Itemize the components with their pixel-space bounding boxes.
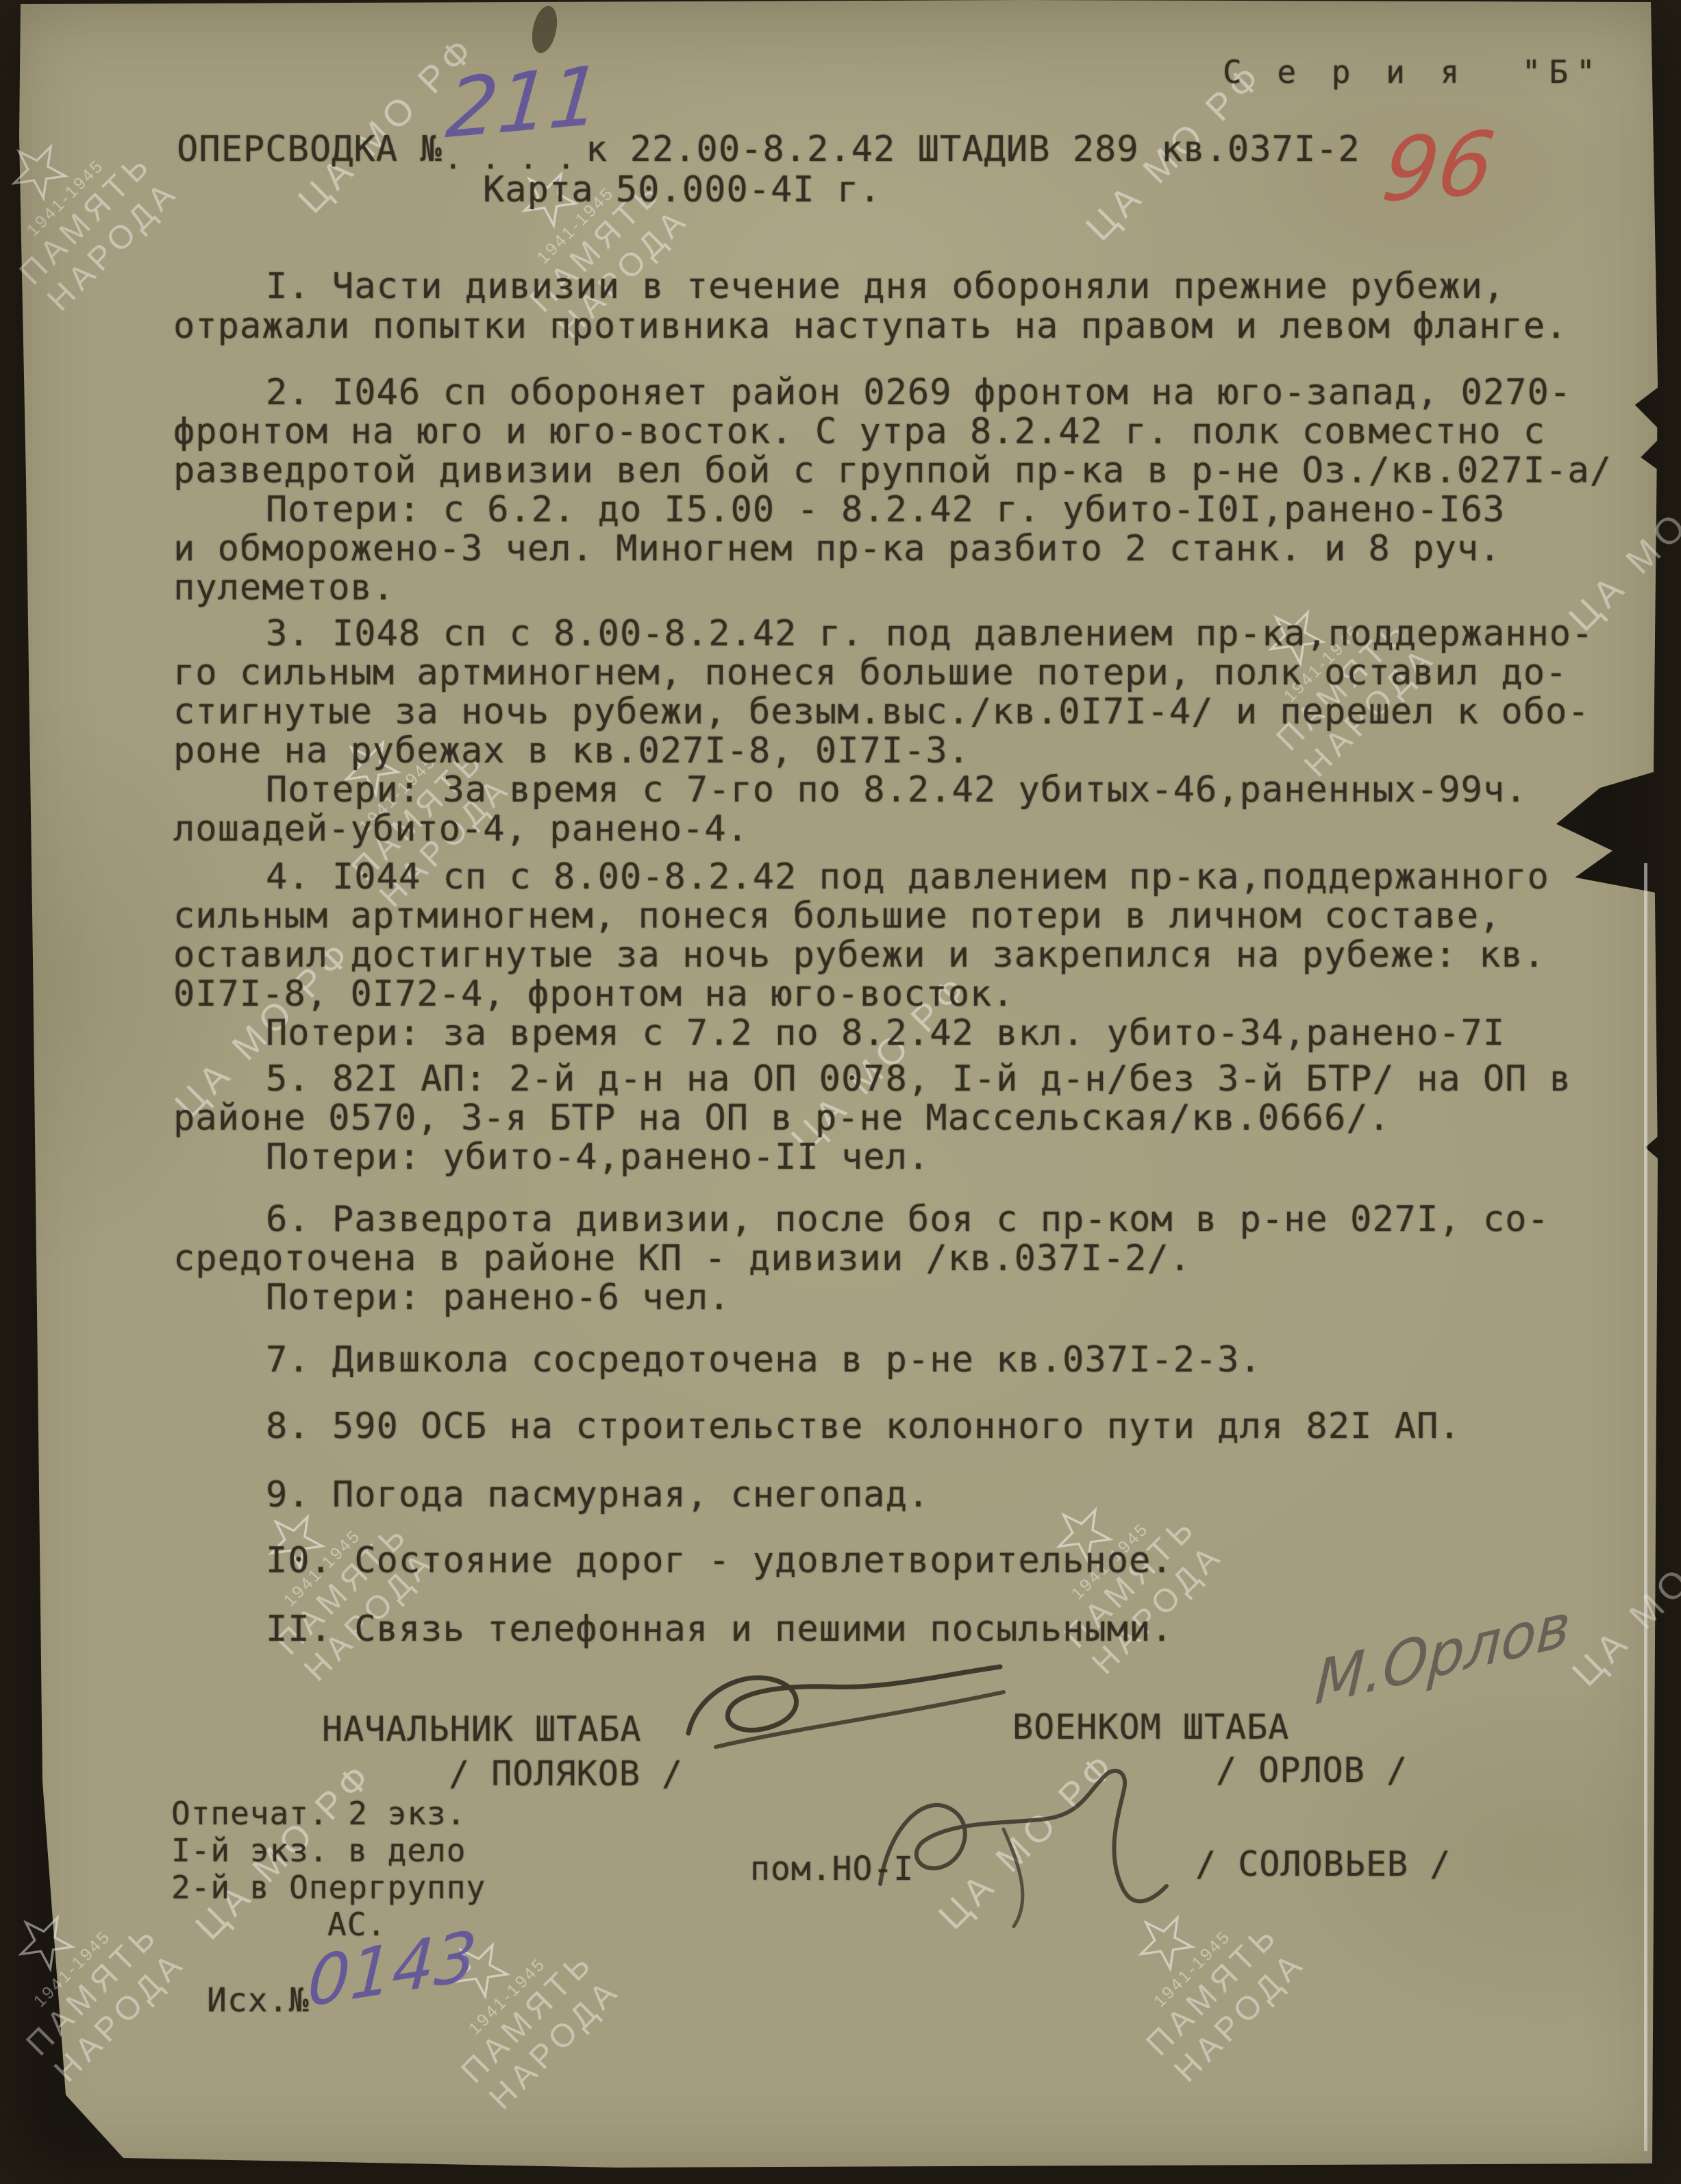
assistant-name: / СОЛОВЬЕВ /: [1195, 1844, 1451, 1884]
para-line: II. Связь телефонная и пешими посыльными…: [266, 1609, 1173, 1650]
scan-edge-highlight: [1644, 863, 1647, 2151]
copies-line: I-й экз. в дело: [171, 1832, 466, 1869]
assistant-ink-signature: [860, 1747, 1188, 1932]
para-line: 8. 590 ОСБ на строительстве колонного пу…: [266, 1406, 1461, 1447]
para-line: стигнутые за ночь рубежи, безым.выс./кв.…: [173, 691, 1590, 732]
para-line: лошадей-убито-4, ранено-4.: [173, 808, 749, 849]
para-line: го сильным артминогнем, понеся большие п…: [173, 652, 1567, 693]
para-line: пулеметов.: [173, 567, 395, 608]
para-line: Потери: ранено-6 чел.: [266, 1277, 730, 1318]
commissar-title: ВОЕНКОМ ШТАБА: [1012, 1707, 1289, 1747]
para-line: Потери: убито-4,ранено-II чел.: [266, 1137, 930, 1178]
para-line: оставил достигнутые за ночь рубежи и зак…: [173, 934, 1545, 976]
copies-line: 2-й в Опергруппу: [171, 1869, 486, 1906]
para-line: роне на рубежах в кв.027I-8, 0I7I-3.: [173, 730, 970, 771]
page-number-red: 96: [1377, 112, 1501, 221]
para-line: 9. Погода пасмурная, снегопад.: [266, 1474, 930, 1515]
copies-line: Отпечат. 2 экз.: [171, 1795, 466, 1832]
para-line: Потери: за время с 7.2 по 8.2.42 вкл. уб…: [266, 1013, 1505, 1054]
doc-number-handwritten: 211: [443, 47, 605, 156]
para-line: 5. 82I АП: 2-й д-н на ОП 0078, I-й д-н/б…: [266, 1058, 1571, 1100]
doc-title-prefix: ОПЕРСВОДКА №: [177, 129, 443, 170]
para-line: средоточена в районе КП - дивизии /кв.03…: [173, 1238, 1191, 1279]
para-line: 7. Дившкола сосредоточена в р-не кв.037I…: [266, 1339, 1262, 1380]
chief-of-staff-title: НАЧАЛЬНИК ШТАБА: [322, 1709, 642, 1749]
chief-of-staff-ink-signature: [675, 1644, 1017, 1761]
para-line: разведротой дивизии вел бой с группой пр…: [173, 450, 1612, 491]
chief-of-staff-name: / ПОЛЯКОВ /: [449, 1754, 683, 1794]
para-line: и обморожено-3 чел. Миногнем пр-ка разби…: [173, 528, 1501, 569]
para-line: фронтом на юго и юго-восток. С утра 8.2.…: [173, 411, 1545, 452]
para-line: 0I7I-8, 0I72-4, фронтом на юго-восток.: [173, 973, 1014, 1015]
assistant-label: пом.НО-I: [750, 1850, 914, 1888]
para-line: сильным артминогнем, понеся большие поте…: [173, 895, 1501, 936]
doc-title-suffix: к 22.00-8.2.42 ШТАДИВ 289 кв.037I-2: [586, 129, 1360, 170]
series-mark: С е р и я "Б": [1223, 53, 1604, 90]
para-line: 4. I044 сп с 8.00-8.2.42 под давлением п…: [266, 856, 1549, 897]
map-line: Карта 50.000-4I г.: [483, 169, 882, 210]
para-line: Потери: За время с 7-го по 8.2.42 убитых…: [266, 769, 1527, 810]
para-line: 3. I048 сп с 8.00-8.2.42 г. под давление…: [266, 613, 1593, 654]
para-line: I0. Состояние дорог - удовлетворительное…: [266, 1540, 1173, 1581]
scanned-document-page: ЦА МО РФ ЦА МО РФ ЦА МО РФ ЦА МО РФ ЦА М…: [0, 0, 1681, 2184]
outgoing-number-label: Исх.№: [207, 1981, 310, 2020]
para-line: Потери: с 6.2. до I5.00 - 8.2.42 г. убит…: [266, 489, 1505, 530]
commissar-name: / ОРЛОВ /: [1216, 1750, 1408, 1790]
para-line: 2. I046 сп обороняет район 0269 фронтом …: [266, 372, 1571, 413]
para-line: отражали попытки противника наступать на…: [173, 306, 1567, 347]
para-line: I. Части дивизии в течение дня обороняли…: [266, 266, 1505, 307]
para-line: районе 0570, 3-я БТР на ОП в р-не Массел…: [173, 1097, 1391, 1139]
para-line: 6. Разведрота дивизии, после боя с пр-ко…: [266, 1199, 1549, 1240]
